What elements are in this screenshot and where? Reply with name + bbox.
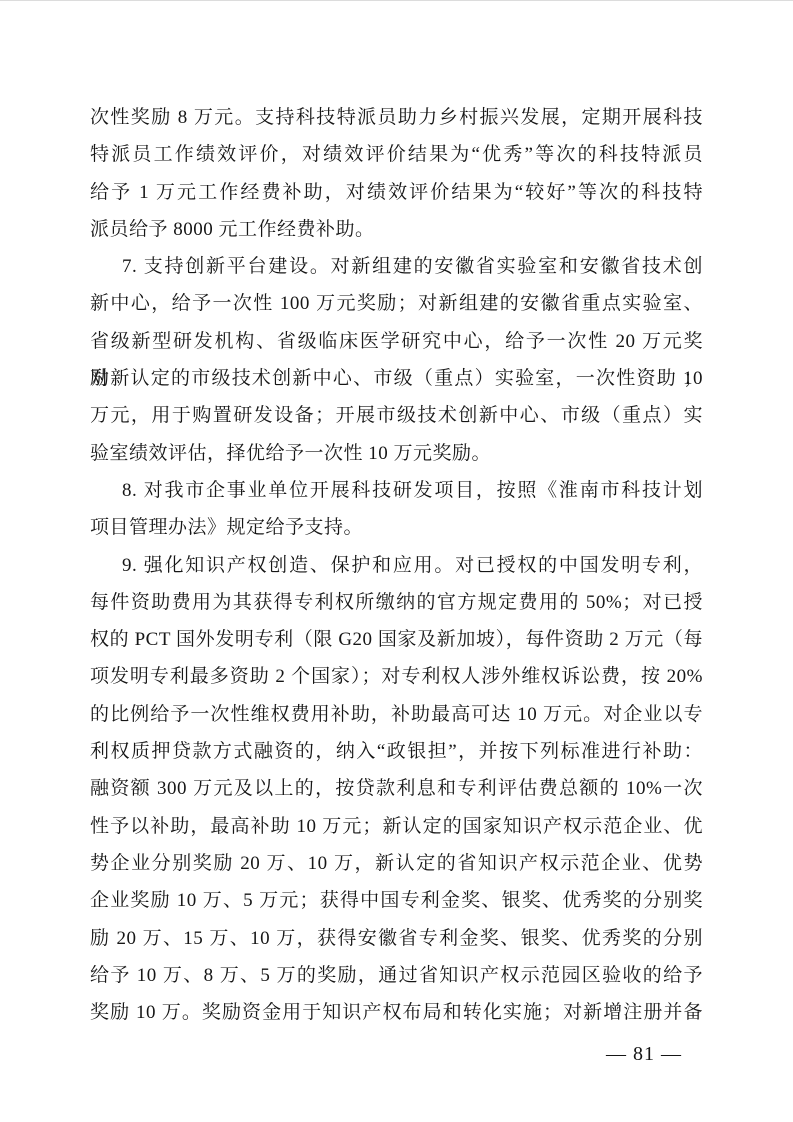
text-line: 次性奖励 8 万元。支持科技特派员助力乡村振兴发展，定期开展科技 xyxy=(90,99,703,136)
document-page: 次性奖励 8 万元。支持科技特派员助力乡村振兴发展，定期开展科技 特派员工作绩效… xyxy=(0,0,793,1122)
text-line: 融资额 300 万元及以上的，按贷款利息和专利评估费总额的 10%一次 xyxy=(90,770,703,807)
text-line: 派员给予 8000 元工作经费补助。 xyxy=(90,211,703,248)
text-line: 对新认定的市级技术创新中心、市级（重点）实验室，一次性资助 10 xyxy=(90,360,703,397)
text-line: 企业奖励 10 万、5 万元；获得中国专利金奖、银奖、优秀奖的分别奖 xyxy=(90,882,703,919)
text-line: 项发明专利最多资助 2 个国家）；对专利权人涉外维权诉讼费，按 20% xyxy=(90,658,703,695)
text-line: 利权质押贷款方式融资的，纳入“政银担”，并按下列标准进行补助： xyxy=(90,733,703,770)
text-line: 项目管理办法》规定给予支持。 xyxy=(90,509,703,546)
text-line: 性予以补助，最高补助 10 万元；新认定的国家知识产权示范企业、优 xyxy=(90,808,703,845)
paragraph-continuation: 次性奖励 8 万元。支持科技特派员助力乡村振兴发展，定期开展科技 特派员工作绩效… xyxy=(90,99,703,248)
text-line: 验室绩效评估，择优给予一次性 10 万元奖励。 xyxy=(90,435,703,472)
text-line: 9. 强化知识产权创造、保护和应用。对已授权的中国发明专利， xyxy=(90,547,703,584)
text-line: 每件资助费用为其获得专利权所缴纳的官方规定费用的 50%；对已授 xyxy=(90,584,703,621)
text-line: 给予 1 万元工作经费补助，对绩效评价结果为“较好”等次的科技特 xyxy=(90,174,703,211)
text-line: 7. 支持创新平台建设。对新组建的安徽省实验室和安徽省技术创 xyxy=(90,248,703,285)
page-number: — 81 — xyxy=(606,1043,682,1065)
text-line: 万元，用于购置研发设备；开展市级技术创新中心、市级（重点）实 xyxy=(90,397,703,434)
body-text-block: 次性奖励 8 万元。支持科技特派员助力乡村振兴发展，定期开展科技 特派员工作绩效… xyxy=(90,99,703,1031)
text-line: 新中心，给予一次性 100 万元奖励；对新组建的安徽省重点实验室、 xyxy=(90,285,703,322)
paragraph-item-8: 8. 对我市企事业单位开展科技研发项目，按照《淮南市科技计划 项目管理办法》规定… xyxy=(90,472,703,547)
text-line: 权的 PCT 国外发明专利（限 G20 国家及新加坡），每件资助 2 万元（每 xyxy=(90,621,703,658)
text-line: 势企业分别奖励 20 万、10 万，新认定的省知识产权示范企业、优势 xyxy=(90,845,703,882)
text-line: 奖励 10 万。奖励资金用于知识产权布局和转化实施；对新增注册并备 xyxy=(90,994,703,1031)
text-line: 励 20 万、15 万、10 万，获得安徽省专利金奖、银奖、优秀奖的分别 xyxy=(90,920,703,957)
paragraph-item-9: 9. 强化知识产权创造、保护和应用。对已授权的中国发明专利， 每件资助费用为其获… xyxy=(90,547,703,1032)
paragraph-item-7: 7. 支持创新平台建设。对新组建的安徽省实验室和安徽省技术创 新中心，给予一次性… xyxy=(90,248,703,472)
text-line: 特派员工作绩效评价，对绩效评价结果为“优秀”等次的科技特派员 xyxy=(90,136,703,173)
text-line: 的比例给予一次性维权费用补助，补助最高可达 10 万元。对企业以专 xyxy=(90,696,703,733)
page-footer: — 81 — xyxy=(90,1043,703,1066)
text-line: 8. 对我市企事业单位开展科技研发项目，按照《淮南市科技计划 xyxy=(90,472,703,509)
text-line: 给予 10 万、8 万、5 万的奖励，通过省知识产权示范园区验收的给予 xyxy=(90,957,703,994)
text-line: 省级新型研发机构、省级临床医学研究中心，给予一次性 20 万元奖励； xyxy=(90,323,703,360)
